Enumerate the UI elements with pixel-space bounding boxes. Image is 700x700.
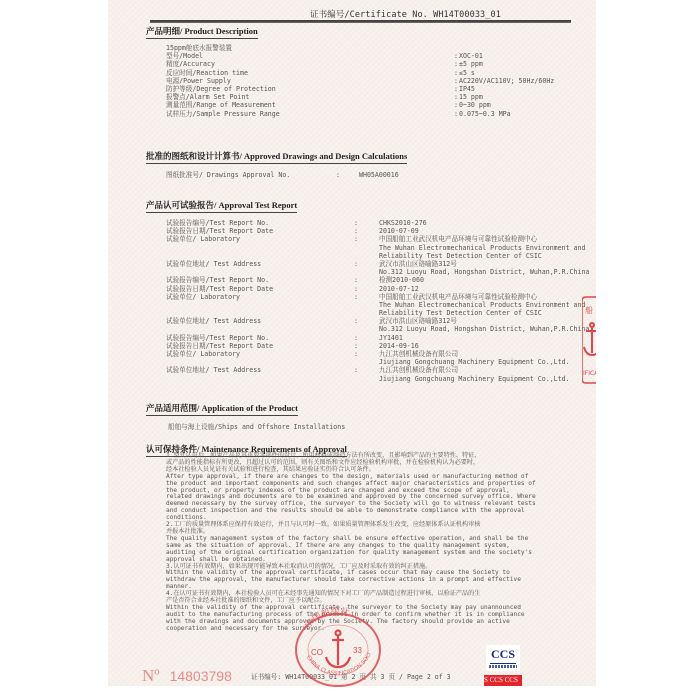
drawings-approval-label: 图纸批准号/ Drawings Approval No. xyxy=(166,171,290,179)
anchor-icon xyxy=(584,323,596,355)
row-value: XOC-01 xyxy=(459,52,483,60)
row-label: 精度/Accuracy xyxy=(166,60,215,68)
row-label: 试验单位/ Laboratory xyxy=(166,235,240,243)
row-value: 15 ppm xyxy=(459,93,483,101)
drawings-approval-row: 图纸批准号/ Drawings Approval No. : WH05A0001… xyxy=(166,171,586,179)
ccs-logo: CCS xyxy=(486,645,520,671)
row-label: 试验单位地址/ Test Address xyxy=(166,317,261,325)
row-value: 武汉市洪山区珞喻路312号 xyxy=(379,317,457,325)
header-rule xyxy=(150,20,571,23)
row-value: CHKS2010-276 xyxy=(379,219,427,227)
table-row: 试验报告日期/Test Report Date:2014-09-16 xyxy=(166,342,586,350)
row-value: 检测2010-060 xyxy=(379,276,424,284)
table-row: 测量范围/Range of Measurement:0~30 ppm xyxy=(166,101,586,109)
table-row: 试验单位/ Laboratory:中国船舶工业武汉机电产品环境与可靠性试验检测中… xyxy=(166,235,586,243)
svg-text:船: 船 xyxy=(585,305,593,315)
row-value: No.312 Luoyu Road, Hongshan District, Wu… xyxy=(379,325,589,333)
table-row: 反应时间/Reaction time:≤5 s xyxy=(166,69,586,77)
table-row: 试验单位地址/ Test Address:九江共创机械设备有限公司 xyxy=(166,366,586,374)
number-symbol: Nº xyxy=(142,666,160,685)
row-value: JY1401 xyxy=(379,334,403,342)
section-heading-test-report: 产品认可试验报告/ Approval Test Report xyxy=(146,199,297,213)
section-heading-application: 产品适用范围/ Application of the Product xyxy=(146,402,298,416)
table-row: 试验单位地址/ Test Address:武汉市洪山区珞喻路312号 xyxy=(166,317,586,325)
ccs-seal-stamp: 中国船级社 CHINA CLASSIFICATION SOCIETY CO 33 xyxy=(293,605,383,687)
row-label: 试验报告日期/Test Report Date xyxy=(166,285,273,293)
row-value: 九江共创机械设备有限公司 xyxy=(379,366,458,374)
row-label: 试验单位地址/ Test Address xyxy=(166,260,261,268)
row-label: 电源/Power Supply xyxy=(166,77,231,85)
row-value: The Wuhan Electromechanical Products Env… xyxy=(379,244,585,252)
application-text: 船舶与海上设施/Ships and Offshore Installations xyxy=(168,423,345,431)
section-heading-drawings: 批准的图纸和设计计算书/ Approved Drawings and Desig… xyxy=(146,150,407,164)
row-value: AC220V/AC110V; 50Hz/60Hz xyxy=(459,77,554,85)
row-value: 0~30 ppm xyxy=(459,101,491,109)
product-name: 15ppm舱底水报警装置 xyxy=(166,44,586,52)
table-row: Reliability Test Detection Center of CSI… xyxy=(166,252,586,260)
table-row: 试样压力/Sample Pressure Range:0.075~0.3 MPa xyxy=(166,110,586,118)
section-heading-product-description: 产品明细/ Product Description xyxy=(146,25,258,39)
row-label: 试验报告编号/Test Report No. xyxy=(166,334,269,342)
table-row: The Wuhan Electromechanical Products Env… xyxy=(166,301,586,309)
svg-text:IFICA: IFICA xyxy=(583,370,596,377)
row-value: 武汉市洪山区珞喻路312号 xyxy=(379,260,457,268)
ccs-security-tape: S CCS CCS xyxy=(484,675,522,686)
svg-text:CO: CO xyxy=(311,648,323,657)
row-label: 试验报告日期/Test Report Date xyxy=(166,342,273,350)
row-value: 中国船舶工业武汉机电产品环境与可靠性试验检测中心 xyxy=(379,235,537,243)
table-row: 试验单位/ Laboratory:中国船舶工业武汉机电产品环境与可靠性试验检测中… xyxy=(166,293,586,301)
certificate-page: 证书编号/Certificate No. WH14T00033_01 产品明细/… xyxy=(108,0,596,686)
row-value: Reliability Test Detection Center of CSI… xyxy=(379,252,542,260)
row-label: 测量范围/Range of Measurement xyxy=(166,101,276,109)
row-value: The Wuhan Electromechanical Products Env… xyxy=(379,301,585,309)
serial-value: 14803798 xyxy=(170,668,232,684)
row-label: 试验报告编号/Test Report No. xyxy=(166,219,269,227)
svg-text:33: 33 xyxy=(353,646,362,655)
row-value: 0.075~0.3 MPa xyxy=(459,110,511,118)
row-value: Jiujiang Gongchuang Machinery Equipment … xyxy=(379,375,570,383)
row-value: 2014-09-16 xyxy=(379,342,419,350)
test-report-table: 试验报告编号/Test Report No.:CHKS2010-276试验报告日… xyxy=(166,219,586,383)
row-value: ±5 ppm xyxy=(459,60,483,68)
row-label: 试验单位/ Laboratory xyxy=(166,293,240,301)
row-label: 试样压力/Sample Pressure Range xyxy=(166,110,280,118)
table-row: 试验报告编号/Test Report No.:JY1401 xyxy=(166,334,586,342)
table-row: 电源/Power Supply:AC220V/AC110V; 50Hz/60Hz xyxy=(166,77,586,85)
row-value: ≤5 s xyxy=(459,69,475,77)
row-label: 防护等级/Degree of Protection xyxy=(166,85,276,93)
table-row: 试验单位地址/ Test Address:武汉市洪山区珞喻路312号 xyxy=(166,260,586,268)
row-label: 试验单位地址/ Test Address xyxy=(166,366,261,374)
table-row: 试验报告编号/Test Report No.:CHKS2010-276 xyxy=(166,219,586,227)
row-value: IP45 xyxy=(459,85,475,93)
row-value: 2010-07-12 xyxy=(379,285,419,293)
row-value: 中国船舶工业武汉机电产品环境与可靠性试验检测中心 xyxy=(379,293,537,301)
table-row: 精度/Accuracy:±5 ppm xyxy=(166,60,586,68)
table-row: 试验单位/ Laboratory:九江共创机械设备有限公司 xyxy=(166,350,586,358)
certificate-number: 证书编号/Certificate No. WH14T00033_01 xyxy=(310,8,501,20)
drawings-approval-value: WH05A00016 xyxy=(359,171,399,179)
serial-number: Nº14803798 xyxy=(142,666,232,686)
product-description-table: 15ppm舱底水报警装置 型号/Model:XOC-01精度/Accuracy:… xyxy=(166,44,586,118)
table-row: 试验报告日期/Test Report Date:2010-07-12 xyxy=(166,285,586,293)
table-row: Jiujiang Gongchuang Machinery Equipment … xyxy=(166,375,586,383)
table-row: The Wuhan Electromechanical Products Env… xyxy=(166,244,586,252)
table-row: 防护等级/Degree of Protection:IP45 xyxy=(166,85,586,93)
row-label: 试验单位/ Laboratory xyxy=(166,350,240,358)
side-seal-stamp: 船 IFICA xyxy=(582,295,596,385)
row-label: 试验报告编号/Test Report No. xyxy=(166,276,269,284)
table-row: 试验报告编号/Test Report No.:检测2010-060 xyxy=(166,276,586,284)
row-label: 反应时间/Reaction time xyxy=(166,69,248,77)
table-row: No.312 Luoyu Road, Hongshan District, Wu… xyxy=(166,325,586,333)
anchor-icon xyxy=(326,631,350,668)
table-row: 型号/Model:XOC-01 xyxy=(166,52,586,60)
row-value: 九江共创机械设备有限公司 xyxy=(379,350,458,358)
